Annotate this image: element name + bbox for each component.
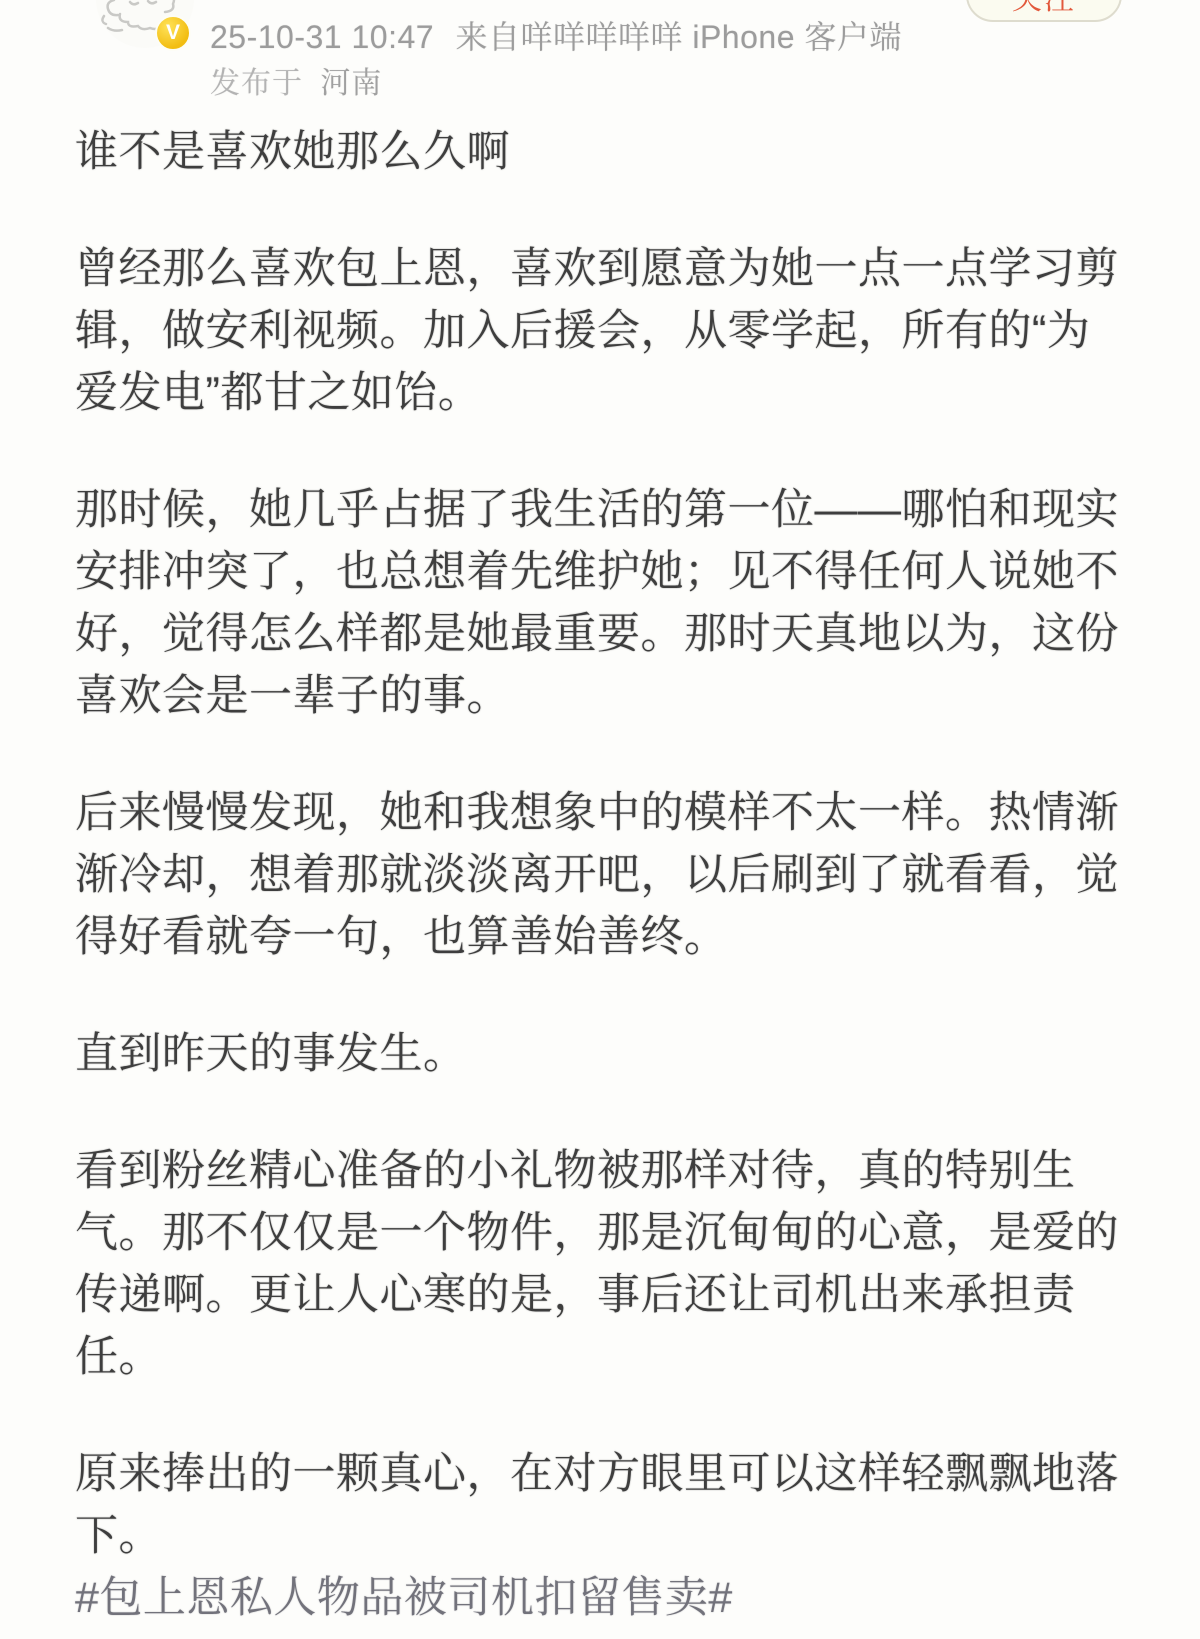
post-paragraph: 后来慢慢发现，她和我想象中的模样不太一样。热情渐 渐冷却，想着那就淡淡离开吧，以… bbox=[75, 782, 1140, 968]
verified-badge-letter: V bbox=[166, 22, 180, 43]
post-text-line: 好，觉得怎么样都是她最重要。那时天真地以为，这份 bbox=[75, 603, 1140, 665]
hashtag-link[interactable]: #包上恩私人物品被司机扣留售卖# bbox=[75, 1567, 1140, 1629]
post-source-link[interactable]: 来自咩咩咩咩咩 iPhone 客户端 bbox=[455, 19, 901, 55]
post-text-line: 谁不是喜欢她那么久啊 bbox=[75, 121, 1140, 183]
post-text-line: 喜欢会是一辈子的事。 bbox=[75, 665, 1140, 727]
post-location-row: 发布于 河南 bbox=[210, 58, 382, 102]
post-paragraph: 曾经那么喜欢包上恩，喜欢到愿意为她一点一点学习剪 辑，做安利视频。加入后援会，从… bbox=[75, 238, 1140, 424]
verified-badge-icon: V bbox=[155, 15, 191, 51]
post-paragraph: 那时候，她几乎占据了我生活的第一位——哪怕和现实 安排冲突了，也总想着先维护她；… bbox=[75, 479, 1140, 727]
post-text-line: 任。 bbox=[75, 1326, 1140, 1388]
post-text-line: 那时候，她几乎占据了我生活的第一位——哪怕和现实 bbox=[75, 479, 1140, 541]
post-text-line: 爱发电”都甘之如饴。 bbox=[75, 362, 1140, 424]
post-meta-row: 25-10-31 10:47 来自咩咩咩咩咩 iPhone 客户端 bbox=[210, 12, 902, 58]
post-paragraph: 原来捧出的一颗真心，在对方眼里可以这样轻飘飘地落 下。 bbox=[75, 1443, 1140, 1567]
post-timestamp: 25-10-31 10:47 bbox=[210, 19, 434, 55]
follow-button[interactable]: 关注 bbox=[966, 0, 1122, 22]
post-text-line: 直到昨天的事发生。 bbox=[75, 1023, 1140, 1085]
post-text-line: 传递啊。更让人心寒的是，事后还让司机出来承担责 bbox=[75, 1264, 1140, 1326]
post-paragraph: 直到昨天的事发生。 bbox=[75, 1023, 1140, 1085]
post-text-line: 曾经那么喜欢包上恩，喜欢到愿意为她一点一点学习剪 bbox=[75, 238, 1140, 300]
post-text-line: 安排冲突了，也总想着先维护她；见不得任何人说她不 bbox=[75, 541, 1140, 603]
post-text-line: 看到粉丝精心准备的小礼物被那样对待，真的特别生 bbox=[75, 1140, 1140, 1202]
post-text-line: 气。那不仅仅是一个物件，那是沉甸甸的心意，是爱的 bbox=[75, 1202, 1140, 1264]
follow-button-label: 关注 bbox=[968, 0, 1120, 18]
weibo-post-page: V 25-10-31 10:47 来自咩咩咩咩咩 iPhone 客户端 发布于 … bbox=[0, 0, 1200, 1639]
post-paragraph: 谁不是喜欢她那么久啊 bbox=[75, 121, 1140, 183]
post-text-line: 后来慢慢发现，她和我想象中的模样不太一样。热情渐 bbox=[75, 782, 1140, 844]
post-paragraph: 看到粉丝精心准备的小礼物被那样对待，真的特别生 气。那不仅仅是一个物件，那是沉甸… bbox=[75, 1140, 1140, 1388]
post-text-line: 渐冷却，想着那就淡淡离开吧，以后刷到了就看看，觉 bbox=[75, 844, 1140, 906]
post-text-line: 原来捧出的一颗真心，在对方眼里可以这样轻飘飘地落 bbox=[75, 1443, 1140, 1505]
post-text-line: 得好看就夸一句，也算善始善终。 bbox=[75, 906, 1140, 968]
post-text-line: 辑，做安利视频。加入后援会，从零学起，所有的“为 bbox=[75, 300, 1140, 362]
published-prefix-label: 发布于 bbox=[210, 67, 303, 100]
post-text-line: 下。 bbox=[75, 1505, 1140, 1567]
post-body: 谁不是喜欢她那么久啊 曾经那么喜欢包上恩，喜欢到愿意为她一点一点学习剪 辑，做安… bbox=[75, 121, 1140, 1629]
post-location: 河南 bbox=[320, 67, 382, 100]
